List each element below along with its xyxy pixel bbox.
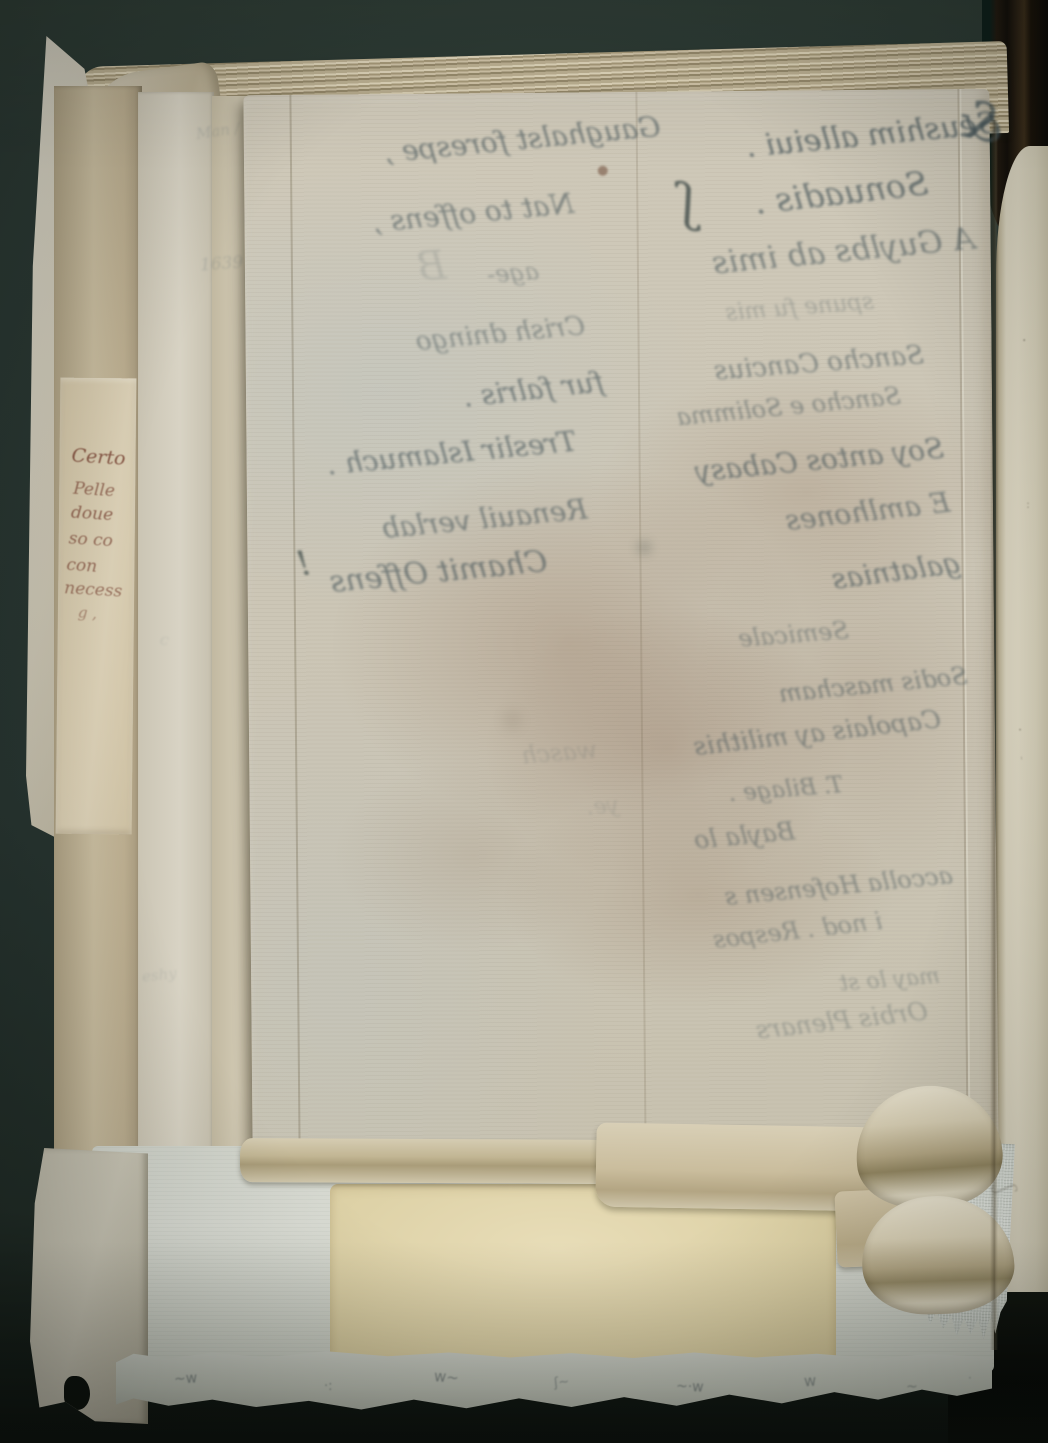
edge-scribble: ʃ~ [553, 1375, 570, 1390]
strip-ghost-mark: eshy [141, 966, 177, 985]
ghost-line: Treslir Islamuch . [326, 428, 578, 480]
ghost-line: Soy antos Cabasy [694, 434, 945, 486]
ghost-line: i nod . Respos [712, 909, 884, 952]
ghost-line: Sancho Cancius [713, 342, 925, 384]
ghost-line: T. Bilage . [728, 774, 844, 806]
ghost-line: Semicale [737, 618, 849, 651]
strip-ghost-mark: c [159, 631, 171, 648]
edge-scribble: ~·w [676, 1379, 704, 1394]
strip-ghost-mark: Man / [195, 121, 240, 142]
edge-scribble: ~w [174, 1371, 198, 1386]
ghost-line: Orbis Plenars [755, 998, 929, 1042]
fore-edge-speck: · [1018, 724, 1022, 737]
ghost-line: wasch [520, 738, 598, 768]
cream-parchment-patch [330, 1184, 836, 1370]
ghost-line: Chamit Offens [329, 547, 549, 598]
fore-edge-speck: : [1026, 498, 1030, 510]
edge-scribble: ~ [906, 1380, 918, 1394]
torn-bottom-edge: ~w·:w~ʃ~~·ww~· [116, 1350, 992, 1412]
ghost-line: Gaughalst forespe , [383, 113, 661, 167]
paper-hole [48, 1406, 62, 1422]
ghost-line: may lo st [838, 966, 940, 996]
ink-mark: ● [597, 164, 608, 177]
edge-scribble: · [968, 1372, 972, 1384]
ghost-line: Sodis mascham [778, 664, 969, 706]
fore-edge-speck: · [1022, 334, 1026, 348]
ghost-line: Renauil verlab [380, 495, 588, 543]
ink-mark: ● [635, 536, 653, 556]
manuscript-verso-page: Seushim alleiui .Sonuadis .A Guylbs ab i… [243, 89, 998, 1153]
ink-mark: ! [295, 546, 312, 581]
ghost-line: age- [486, 259, 540, 287]
left-strip-ghost-marks: Man /1639ceshy [0, 0, 260, 1200]
ghost-line: Bayla lo [693, 818, 796, 853]
ghost-line: E amlhones [784, 489, 952, 536]
ink-mark: ● [501, 706, 524, 732]
edge-scribble: w~ [434, 1369, 460, 1386]
fore-edge-ink-specks: ·:·-ʃ [996, 146, 1048, 1336]
paper-hole [64, 1376, 90, 1410]
manuscript-photo: CertoPelledoueso coconnecessg , Man /163… [0, 0, 1048, 1443]
ghost-line: ye. [586, 795, 620, 819]
ghost-line: Nat to offens , [372, 190, 576, 237]
ink-mark: ʃ [678, 177, 696, 228]
ghost-line: Sonuadis . [753, 166, 930, 219]
strip-ghost-mark: 1639 [199, 255, 243, 275]
edge-scribble: ·: [324, 1380, 333, 1393]
ghost-line: Sancho e Solimma [676, 384, 902, 429]
ghost-line: accolla Hofensen s [724, 863, 954, 909]
fore-edge-speck: ʃ [992, 1182, 1019, 1196]
ghost-line: fur falris . [462, 368, 605, 412]
ghost-line: Capolais ay milithis [692, 706, 942, 759]
edge-scribble: w [803, 1374, 816, 1390]
bleed-through-ink-layer: Seushim alleiui .Sonuadis .A Guylbs ab i… [243, 89, 998, 1153]
ghost-line: Crish dningo [415, 313, 586, 355]
ink-mark: B [415, 246, 447, 288]
ghost-line: A Guylbs ab imis [711, 223, 976, 279]
ghost-line: spune fu mis [725, 291, 875, 326]
ghost-line: galatnias [830, 549, 962, 594]
fore-edge-speck: - [1016, 755, 1029, 761]
